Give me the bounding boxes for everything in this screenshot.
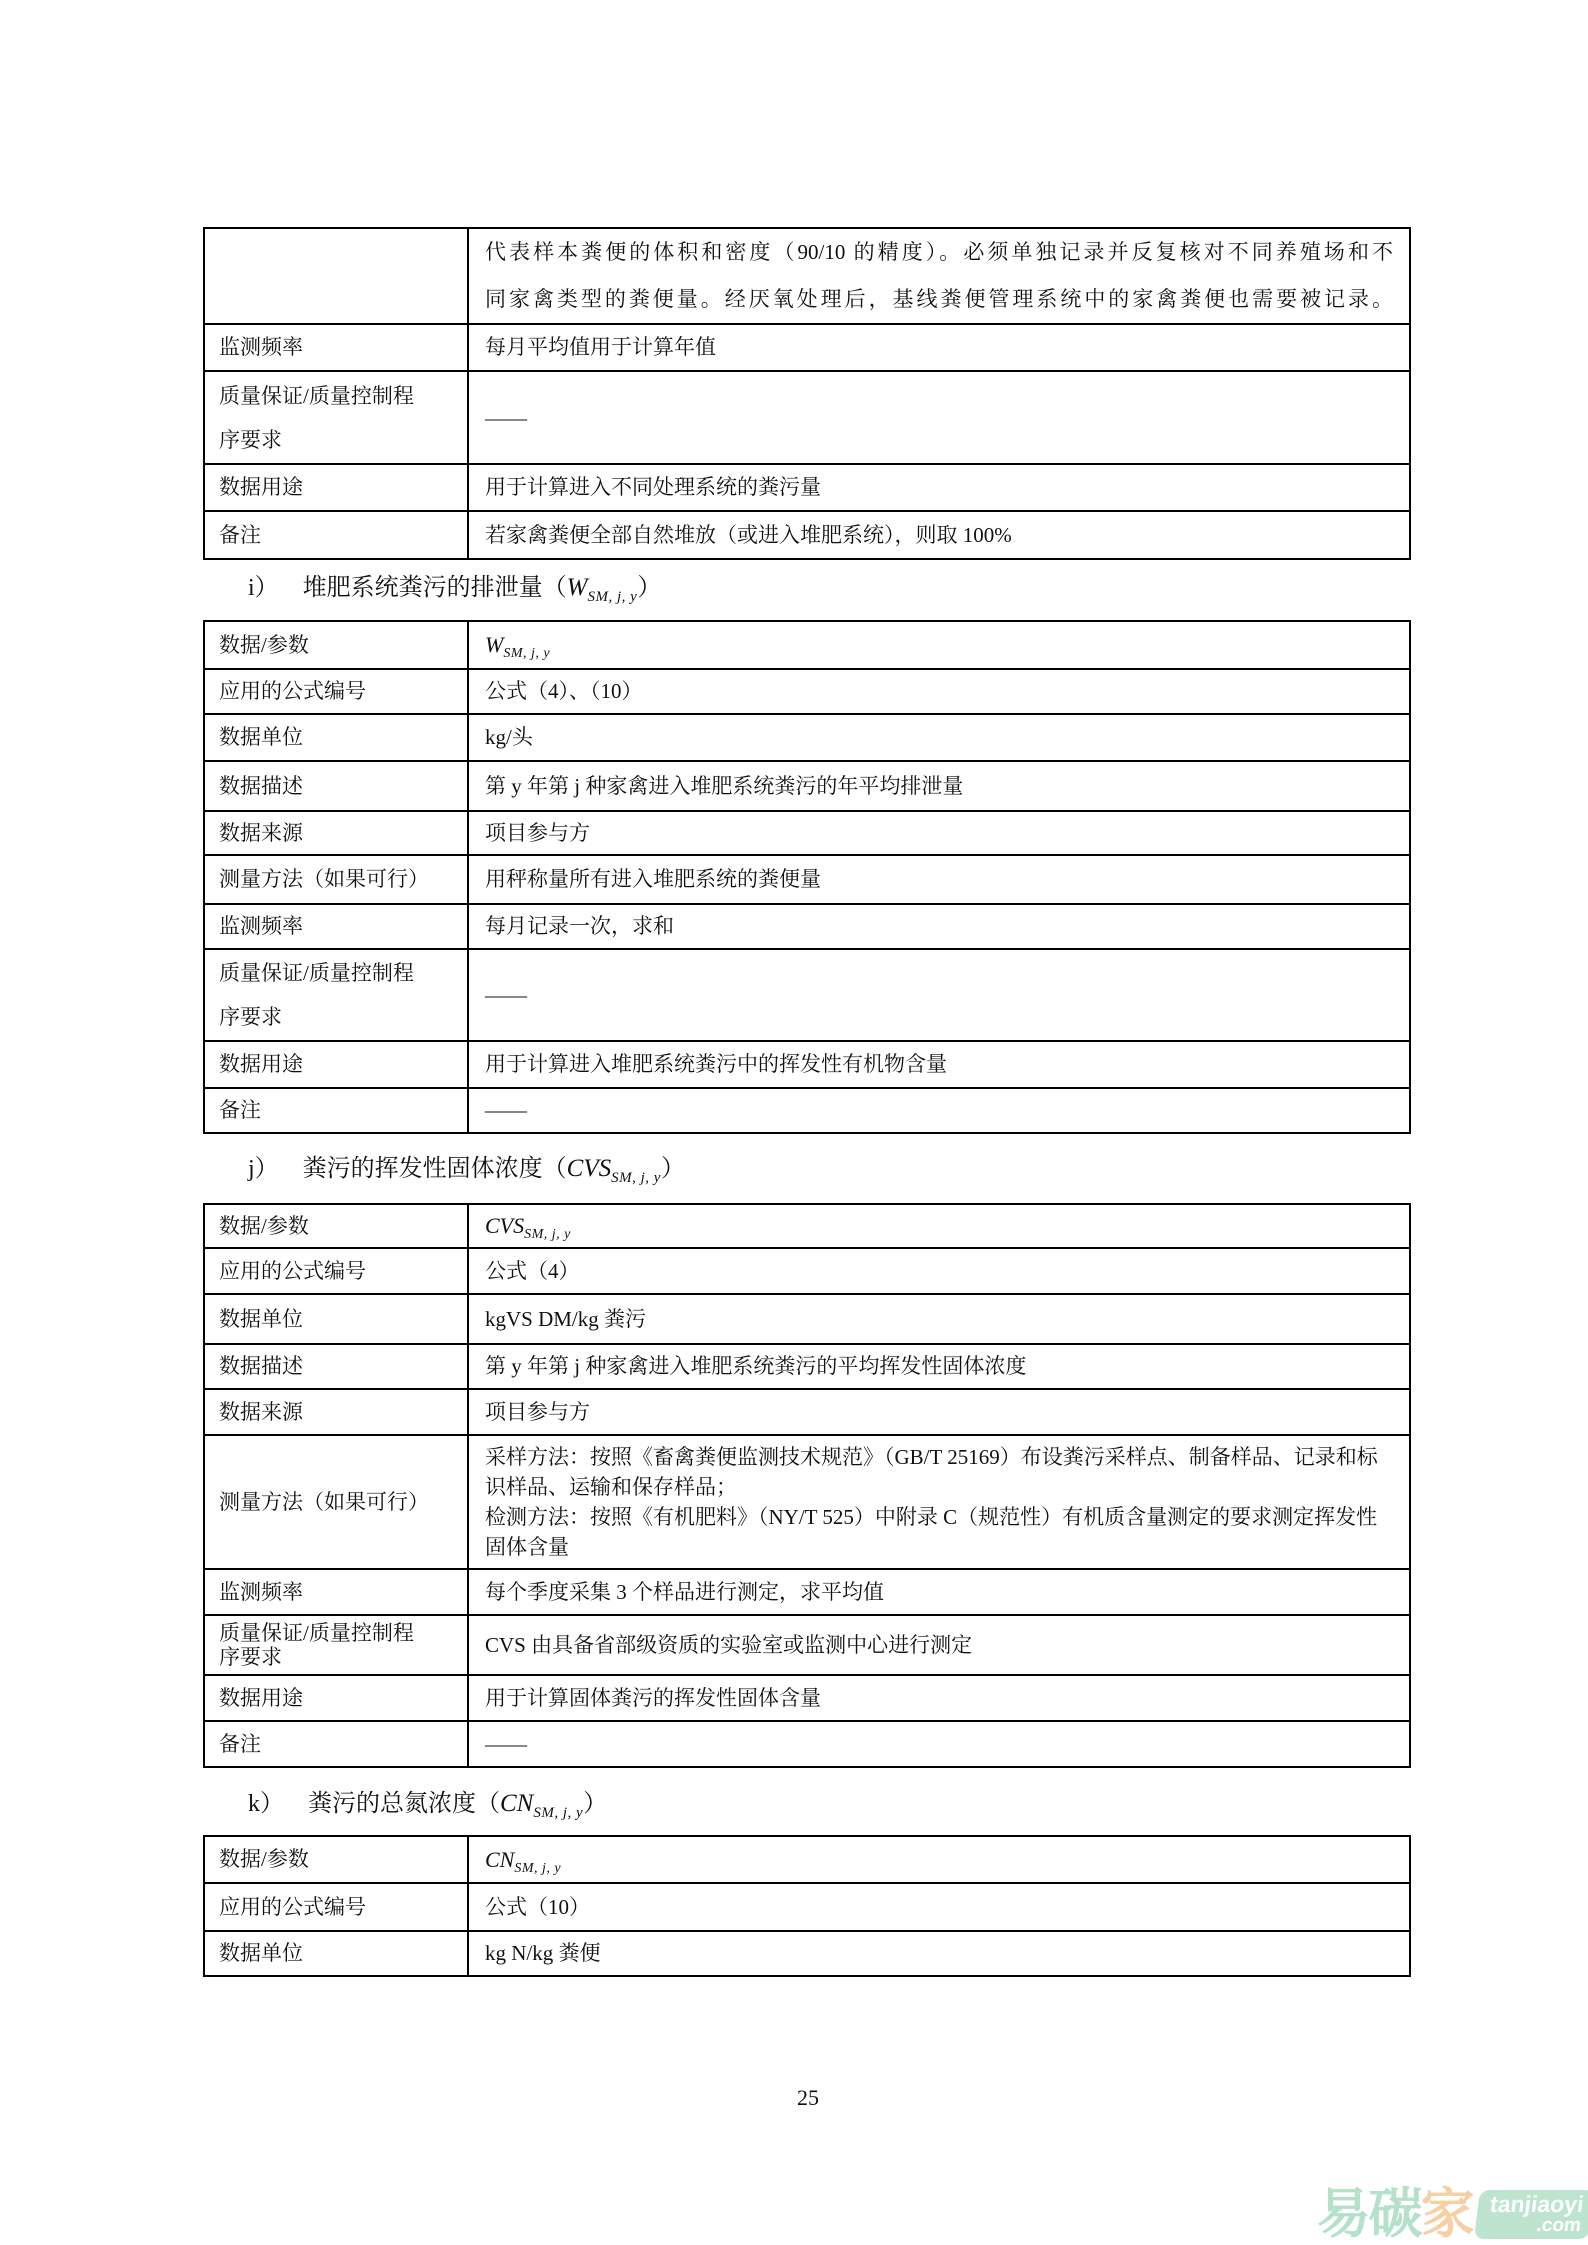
table-w-smjy: 数据/参数 WSM, j, y 应用的公式编号 公式（4）、（10） 数据单位 …: [203, 620, 1411, 1134]
page-number: 25: [14, 2085, 1588, 2111]
row-value-cell: ——: [468, 1721, 1410, 1767]
row-value-cell: kg/头: [468, 714, 1410, 761]
row-label-cell: 数据单位: [204, 1294, 468, 1344]
row-label-cell: 数据用途: [204, 1675, 468, 1721]
table-row: 数据单位 kg N/kg 粪便: [204, 1931, 1410, 1976]
row-value-cell: 每月平均值用于计算年值: [468, 324, 1410, 371]
row-value-cell: CVSSM, j, y: [468, 1204, 1410, 1248]
row-label-cell: 数据描述: [204, 761, 468, 811]
row-label-cell: 备注: [204, 511, 468, 559]
watermark-badge-line2: .com: [1486, 2216, 1582, 2235]
parameter-subscript: SM, j, y: [524, 1227, 571, 1242]
row-value-cell: 项目参与方: [468, 811, 1410, 855]
section-index: k）: [248, 1783, 284, 1818]
row-value-cell: 公式（4）: [468, 1248, 1410, 1294]
table-row: 数据描述 第 y 年第 j 种家禽进入堆肥系统粪污的平均挥发性固体浓度: [204, 1344, 1410, 1389]
table-row: 质量保证/质量控制程 序要求 ——: [204, 949, 1410, 1041]
row-value-cell: 公式（10）: [468, 1883, 1410, 1931]
section-title: 堆肥系统粪污的排泄量（: [303, 575, 567, 601]
section-index: i）: [248, 567, 279, 602]
row-label-cell: 测量方法（如果可行）: [204, 1435, 468, 1569]
parameter-symbol: CN: [500, 1790, 533, 1817]
row-label-cell: 备注: [204, 1088, 468, 1133]
parameter-subscript: SM, j, y: [514, 1861, 561, 1876]
row-label-cell: 应用的公式编号: [204, 1248, 468, 1294]
table-row: 备注 若家禽粪便全部自然堆放（或进入堆肥系统），则取 100%: [204, 511, 1410, 559]
table-row: 数据描述 第 y 年第 j 种家禽进入堆肥系统粪污的年平均排泄量: [204, 761, 1410, 811]
table-row: 应用的公式编号 公式（4）: [204, 1248, 1410, 1294]
parameter-symbol: W: [567, 574, 588, 601]
row-value-cell: 用秤称量所有进入堆肥系统的粪便量: [468, 855, 1410, 904]
row-value-cell: 第 y 年第 j 种家禽进入堆肥系统粪污的年平均排泄量: [468, 761, 1410, 811]
row-value-cell: 用于计算固体粪污的挥发性固体含量: [468, 1675, 1410, 1721]
section-heading-k: k）粪污的总氮浓度（CNSM, j, y）: [248, 1783, 607, 1818]
watermark-logo: 易碳 家 tanjiaoyi .com: [1317, 2187, 1588, 2241]
section-index: j）: [248, 1148, 279, 1183]
parameter-symbol: CVS: [485, 1213, 524, 1238]
parameter-subscript: SM, j, y: [503, 646, 550, 661]
parameter-symbol: CVS: [567, 1155, 611, 1182]
row-value-cell: 用于计算进入不同处理系统的粪污量: [468, 464, 1410, 511]
parameter-symbol: CN: [485, 1847, 514, 1872]
row-value-cell: ——: [468, 1088, 1410, 1133]
row-value-cell: CNSM, j, y: [468, 1836, 1410, 1883]
row-label-cell: 数据用途: [204, 464, 468, 511]
table-cvs-smjy: 数据/参数 CVSSM, j, y 应用的公式编号 公式（4） 数据单位 kgV…: [203, 1203, 1411, 1768]
table-row: 数据来源 项目参与方: [204, 1389, 1410, 1435]
row-value-cell: 项目参与方: [468, 1389, 1410, 1435]
row-label-cell: 质量保证/质量控制程 序要求: [204, 949, 468, 1041]
row-label-cell: 数据来源: [204, 1389, 468, 1435]
row-label-cell: 监测频率: [204, 1569, 468, 1615]
row-label-cell: 数据/参数: [204, 1204, 468, 1248]
table-row: 应用的公式编号 公式（4）、（10）: [204, 669, 1410, 714]
table-row: 质量保证/质量控制程 序要求 ——: [204, 371, 1410, 464]
row-label-cell: 备注: [204, 1721, 468, 1767]
table-continued: 代表样本粪便的体积和密度（90/10 的精度）。必须单独记录并反复核对不同养殖场…: [203, 227, 1411, 560]
table-row: 备注 ——: [204, 1721, 1410, 1767]
row-value-cell: WSM, j, y: [468, 621, 1410, 669]
table-row: 质量保证/质量控制程 序要求 CVS 由具备省部级资质的实验室或监测中心进行测定: [204, 1615, 1410, 1675]
row-value-cell: kgVS DM/kg 粪污: [468, 1294, 1410, 1344]
row-label-cell: 质量保证/质量控制程 序要求: [204, 1615, 468, 1675]
table-cn-smjy: 数据/参数 CNSM, j, y 应用的公式编号 公式（10） 数据单位 kg …: [203, 1835, 1411, 1977]
row-value-cell: 代表样本粪便的体积和密度（90/10 的精度）。必须单独记录并反复核对不同养殖场…: [468, 228, 1410, 324]
parameter-subscript: SM, j, y: [611, 1170, 661, 1186]
row-label-cell: 数据/参数: [204, 621, 468, 669]
table-row: 数据/参数 CVSSM, j, y: [204, 1204, 1410, 1248]
row-label-cell: [204, 228, 468, 324]
section-title: 粪污的总氮浓度（: [308, 1791, 500, 1817]
table-row: 监测频率 每月记录一次，求和: [204, 904, 1410, 949]
row-label-cell: 监测频率: [204, 904, 468, 949]
row-value-cell: 每月记录一次，求和: [468, 904, 1410, 949]
table-row: 数据单位 kg/头: [204, 714, 1410, 761]
row-value-cell: CVS 由具备省部级资质的实验室或监测中心进行测定: [468, 1615, 1410, 1675]
row-value-cell: 每个季度采集 3 个样品进行测定，求平均值: [468, 1569, 1410, 1615]
row-label-cell: 监测频率: [204, 324, 468, 371]
row-value-cell: 公式（4）、（10）: [468, 669, 1410, 714]
section-title: 粪污的挥发性固体浓度（: [303, 1156, 567, 1182]
watermark-badge-line1: tanjiaoyi: [1489, 2193, 1585, 2216]
table-row: 测量方法（如果可行） 采样方法：按照《畜禽粪便监测技术规范》（GB/T 2516…: [204, 1435, 1410, 1569]
table-row: 数据/参数 CNSM, j, y: [204, 1836, 1410, 1883]
parameter-subscript: SM, j, y: [533, 1805, 583, 1821]
row-label-cell: 数据用途: [204, 1041, 468, 1088]
section-heading-j: j）粪污的挥发性固体浓度（CVSSM, j, y）: [248, 1148, 685, 1183]
row-value-cell: ——: [468, 949, 1410, 1041]
row-label-cell: 数据描述: [204, 1344, 468, 1389]
row-value-cell: ——: [468, 371, 1410, 464]
watermark-text-green: 易碳: [1317, 2187, 1421, 2241]
row-label-cell: 应用的公式编号: [204, 669, 468, 714]
table-row: 数据单位 kgVS DM/kg 粪污: [204, 1294, 1410, 1344]
table-row: 监测频率 每月平均值用于计算年值: [204, 324, 1410, 371]
table-row: 监测频率 每个季度采集 3 个样品进行测定，求平均值: [204, 1569, 1410, 1615]
table-row: 代表样本粪便的体积和密度（90/10 的精度）。必须单独记录并反复核对不同养殖场…: [204, 228, 1410, 324]
watermark-text-orange: 家: [1421, 2187, 1473, 2241]
table-row: 数据来源 项目参与方: [204, 811, 1410, 855]
table-row: 数据用途 用于计算进入不同处理系统的粪污量: [204, 464, 1410, 511]
table-row: 数据用途 用于计算进入堆肥系统粪污中的挥发性有机物含量: [204, 1041, 1410, 1088]
row-label-cell: 数据单位: [204, 714, 468, 761]
section-title-close: ）: [637, 575, 661, 601]
table-row: 数据用途 用于计算固体粪污的挥发性固体含量: [204, 1675, 1410, 1721]
section-heading-i: i）堆肥系统粪污的排泄量（WSM, j, y）: [248, 567, 661, 602]
section-title-close: ）: [661, 1156, 685, 1182]
section-title-close: ）: [583, 1791, 607, 1817]
row-value-cell: 第 y 年第 j 种家禽进入堆肥系统粪污的平均挥发性固体浓度: [468, 1344, 1410, 1389]
row-value-cell: 采样方法：按照《畜禽粪便监测技术规范》（GB/T 25169）布设粪污采样点、制…: [468, 1435, 1410, 1569]
row-label-cell: 数据/参数: [204, 1836, 468, 1883]
parameter-subscript: SM, j, y: [588, 589, 638, 605]
table-row: 应用的公式编号 公式（10）: [204, 1883, 1410, 1931]
watermark-badge: tanjiaoyi .com: [1474, 2190, 1588, 2239]
table-row: 数据/参数 WSM, j, y: [204, 621, 1410, 669]
row-label-cell: 应用的公式编号: [204, 1883, 468, 1931]
parameter-symbol: W: [485, 632, 503, 657]
row-label-cell: 测量方法（如果可行）: [204, 855, 468, 904]
row-value-cell: 若家禽粪便全部自然堆放（或进入堆肥系统），则取 100%: [468, 511, 1410, 559]
document-page: 代表样本粪便的体积和密度（90/10 的精度）。必须单独记录并反复核对不同养殖场…: [0, 0, 1588, 2245]
row-value-cell: 用于计算进入堆肥系统粪污中的挥发性有机物含量: [468, 1041, 1410, 1088]
row-value-cell: kg N/kg 粪便: [468, 1931, 1410, 1976]
table-row: 备注 ——: [204, 1088, 1410, 1133]
row-label-cell: 数据来源: [204, 811, 468, 855]
table-row: 测量方法（如果可行） 用秤称量所有进入堆肥系统的粪便量: [204, 855, 1410, 904]
row-label-cell: 质量保证/质量控制程 序要求: [204, 371, 468, 464]
row-label-cell: 数据单位: [204, 1931, 468, 1976]
